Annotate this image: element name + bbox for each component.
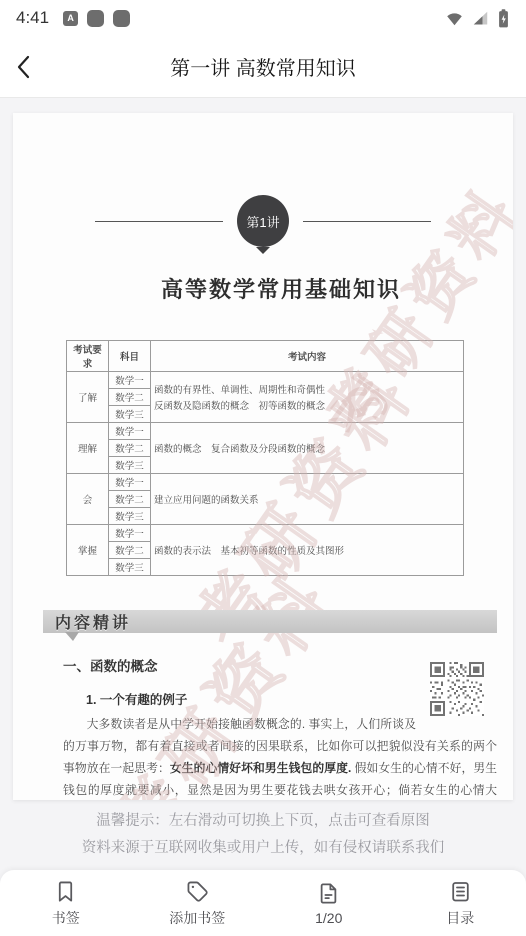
subject-cell: 数学三 (109, 559, 151, 576)
scanned-page[interactable]: 考研资料 考研资料 考研资料 第1讲 高等数学常用基础知识 考试要求 科目 考试… (13, 113, 513, 800)
divider (303, 221, 431, 222)
subject-cell: 数学一 (109, 525, 151, 542)
col-header: 考试内容 (151, 341, 464, 372)
nav-item-page-indicator[interactable]: 1/20 (263, 881, 395, 926)
list-icon (448, 879, 473, 904)
section-banner-title: 内容精讲 (43, 610, 131, 633)
hint-line-2: 资料来源于互联网收集或用户上传，如有侵权请联系我们 (0, 835, 526, 862)
wifi-icon (445, 9, 464, 28)
body-paragraph: 大多数读者是从中学开始接触函数概念的. 事实上，人们所谈及的万事万物，都有着直接… (63, 713, 497, 800)
nav-label: 书签 (52, 908, 80, 928)
content-cell: 函数的表示法 基本初等函数的性质及其图形 (151, 525, 464, 576)
table-row: 理解 数学一 函数的概念 复合函数及分段函数的概念 (67, 423, 464, 440)
tag-icon (185, 879, 210, 904)
back-chevron-icon (13, 54, 35, 80)
subject-cell: 数学三 (109, 406, 151, 423)
screen: 4:41 A 第一讲 高数常用知识 考研资料 (0, 0, 526, 936)
notification-icon (113, 10, 130, 27)
subject-cell: 数学二 (109, 389, 151, 406)
clock: 4:41 (16, 8, 49, 28)
subject-cell: 数学二 (109, 491, 151, 508)
document-viewer: 考研资料 考研资料 考研资料 第1讲 高等数学常用基础知识 考试要求 科目 考试… (0, 98, 526, 800)
nav-label: 目录 (446, 908, 474, 928)
col-header: 考试要求 (67, 341, 109, 372)
content-cell: 建立应用问题的函数关系 (151, 474, 464, 525)
subject-cell: 数学一 (109, 372, 151, 389)
lecture-badge-row: 第1讲 (13, 195, 513, 247)
cellular-signal-icon (471, 9, 490, 28)
subject-cell: 数学一 (109, 474, 151, 491)
subject-cell: 数学三 (109, 508, 151, 525)
nav-item-table-of-contents[interactable]: 目录 (395, 879, 526, 928)
subject-cell: 数学一 (109, 423, 151, 440)
requirement-cell: 掌握 (67, 525, 109, 576)
requirement-cell: 理解 (67, 423, 109, 474)
status-bar: 4:41 A (0, 0, 526, 36)
content-cell: 函数的概念 复合函数及分段函数的概念 (151, 423, 464, 474)
bookmark-icon (53, 879, 78, 904)
col-header: 科目 (109, 341, 151, 372)
nav-label-page-number: 1/20 (315, 910, 342, 926)
subject-cell: 数学三 (109, 457, 151, 474)
table-row: 掌握 数学一 函数的表示法 基本初等函数的性质及其图形 (67, 525, 464, 542)
divider (95, 221, 223, 222)
subject-cell: 数学二 (109, 440, 151, 457)
hint-line-1: 温馨提示：左右滑动可切换上下页，点击可查看原图 (0, 808, 526, 835)
hint-area: 温馨提示：左右滑动可切换上下页，点击可查看原图 资料来源于互联网收集或用户上传，… (0, 800, 526, 870)
table-header-row: 考试要求 科目 考试内容 (67, 341, 464, 372)
battery-charging-icon (497, 8, 510, 29)
document-title: 高等数学常用基础知识 (13, 273, 513, 304)
requirement-cell: 会 (67, 474, 109, 525)
back-button[interactable] (0, 43, 48, 91)
nav-item-add-bookmark[interactable]: 添加书签 (132, 879, 264, 928)
input-method-icon: A (63, 11, 78, 26)
page-title: 第一讲 高数常用知识 (0, 52, 526, 81)
lecture-badge: 第1讲 (237, 195, 289, 247)
notification-icons: A (63, 10, 130, 27)
notification-icon (87, 10, 104, 27)
bottom-nav: 书签 添加书签 1/20 目录 (0, 870, 526, 936)
nav-item-bookmarks[interactable]: 书签 (0, 879, 132, 928)
section-banner: 内容精讲 (43, 610, 497, 633)
exam-requirements-table: 考试要求 科目 考试内容 了解 数学一 函数的有界性、单调性、周期性和奇偶性 反… (66, 340, 464, 576)
nav-label: 添加书签 (169, 908, 225, 928)
requirement-cell: 了解 (67, 372, 109, 423)
page-icon (316, 881, 341, 906)
table-row: 会 数学一 建立应用问题的函数关系 (67, 474, 464, 491)
content-cell: 函数的有界性、单调性、周期性和奇偶性 反函数及隐函数的概念 初等函数的概念 (151, 372, 464, 423)
qr-code (428, 662, 486, 716)
table-row: 了解 数学一 函数的有界性、单调性、周期性和奇偶性 反函数及隐函数的概念 初等函… (67, 372, 464, 389)
subject-cell: 数学二 (109, 542, 151, 559)
app-bar: 第一讲 高数常用知识 (0, 36, 526, 98)
